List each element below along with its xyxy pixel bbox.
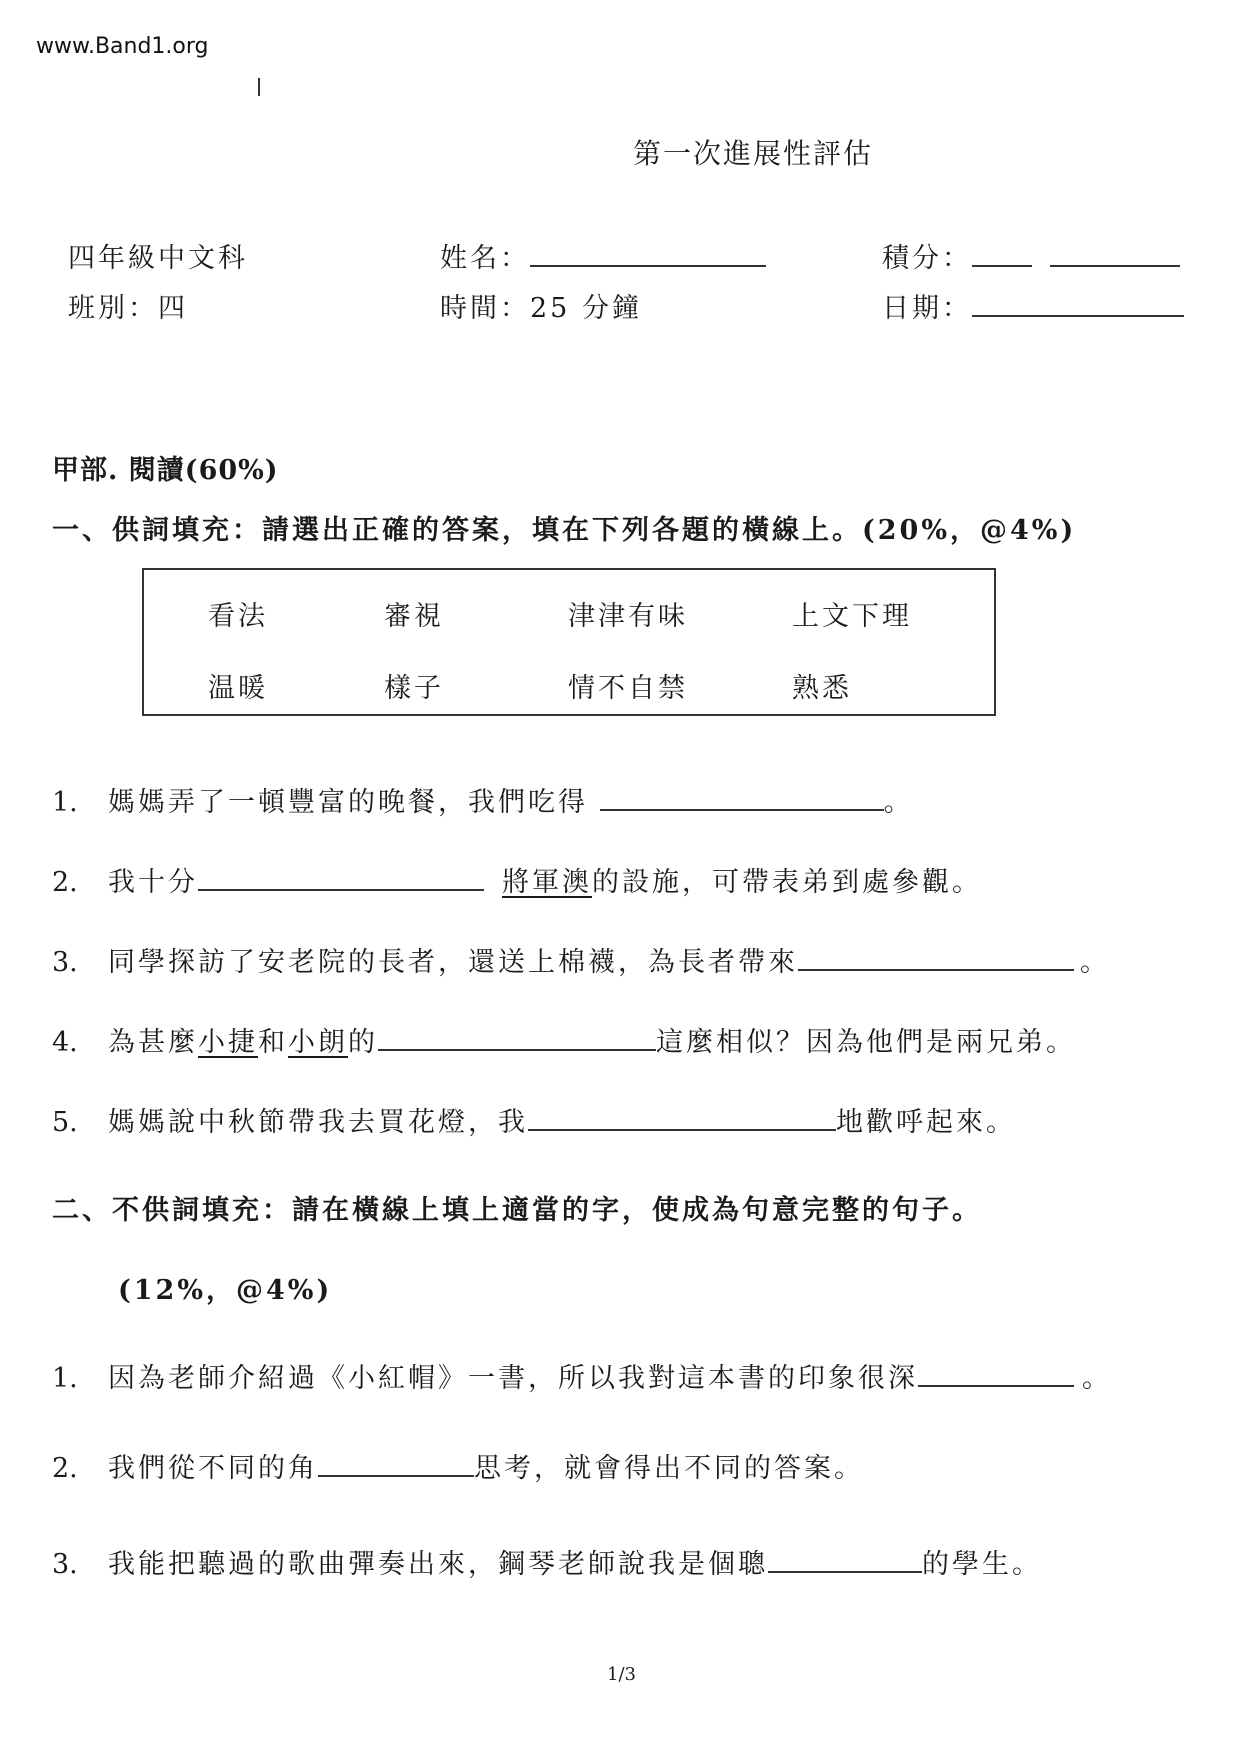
score-blank-1[interactable] [972, 264, 1032, 267]
date-blank[interactable] [972, 314, 1184, 317]
word-bank-item: 樣子 [384, 666, 444, 705]
name-blank[interactable] [530, 264, 766, 267]
answer-blank[interactable] [528, 1128, 836, 1131]
page-number: 1/3 [607, 1664, 636, 1685]
section-a-heading: 甲部. 閱讀(60%) [52, 448, 279, 487]
word-bank-item: 上文下理 [792, 594, 912, 633]
score-field[interactable]: 積分： [882, 236, 1180, 275]
word-bank-item: 津津有味 [568, 594, 688, 633]
scan-mark [258, 78, 260, 96]
time-label: 時間：25 分鐘 [440, 286, 642, 325]
question-2-3: 3.我能把聽過的歌曲彈奏出來，鋼琴老師說我是個聰的學生。 [52, 1542, 1042, 1581]
word-bank-item: 熟悉 [792, 666, 852, 705]
date-label: 日期： [882, 293, 972, 324]
answer-blank[interactable] [318, 1474, 474, 1477]
part2-instruction: 二、不供詞填充：請在橫線上填上適當的字，使成為句意完整的句子。 [52, 1188, 982, 1227]
word-bank: 看法 審視 津津有味 上文下理 温暖 樣子 情不自禁 熟悉 [142, 568, 996, 716]
answer-blank[interactable] [600, 808, 884, 811]
question-1-2: 2.我十分將軍澳的設施，可帶表弟到處參觀。 [52, 860, 982, 899]
score-label: 積分： [882, 243, 972, 274]
question-1-1: 1.媽媽弄了一頓豐富的晚餐，我們吃得 。 [52, 780, 914, 819]
subject-label: 四年級中文科 [68, 236, 248, 275]
word-bank-item: 看法 [208, 594, 268, 633]
answer-blank[interactable] [768, 1570, 922, 1573]
page-title: 第一次進展性評估 [633, 132, 873, 172]
question-2-2: 2.我們從不同的角思考，就會得出不同的答案。 [52, 1446, 864, 1485]
date-field[interactable]: 日期： [882, 286, 1184, 325]
part2-marks: (12%，@4%) [118, 1268, 332, 1307]
answer-blank[interactable] [198, 888, 484, 891]
class-label: 班別：四 [68, 286, 188, 325]
name-field[interactable]: 姓名： [440, 236, 766, 275]
question-2-1: 1.因為老師介紹過《小紅帽》一書，所以我對這本書的印象很深。 [52, 1356, 1112, 1395]
score-blank-2[interactable] [1050, 264, 1180, 267]
question-1-4: 4.為甚麼小捷和小朗的這麼相似？因為他們是兩兄弟。 [52, 1020, 1076, 1059]
proper-noun: 小捷 [198, 1027, 258, 1058]
watermark-url: www.Band1.org [36, 34, 209, 59]
proper-noun: 將軍澳 [502, 867, 592, 898]
word-bank-item: 審視 [384, 594, 444, 633]
answer-blank[interactable] [918, 1384, 1074, 1387]
word-bank-item: 温暖 [208, 666, 268, 705]
part1-instruction: 一、供詞填充：請選出正確的答案，填在下列各題的橫線上。(20%，@4%) [52, 508, 1076, 547]
word-bank-item: 情不自禁 [568, 666, 688, 705]
question-1-3: 3.同學探訪了安老院的長者，還送上棉襪，為長者帶來。 [52, 940, 1110, 979]
name-label: 姓名： [440, 243, 530, 274]
answer-blank[interactable] [798, 968, 1074, 971]
question-1-5: 5.媽媽說中秋節帶我去買花燈，我地歡呼起來。 [52, 1100, 1016, 1139]
proper-noun: 小朗 [288, 1027, 348, 1058]
answer-blank[interactable] [378, 1048, 656, 1051]
